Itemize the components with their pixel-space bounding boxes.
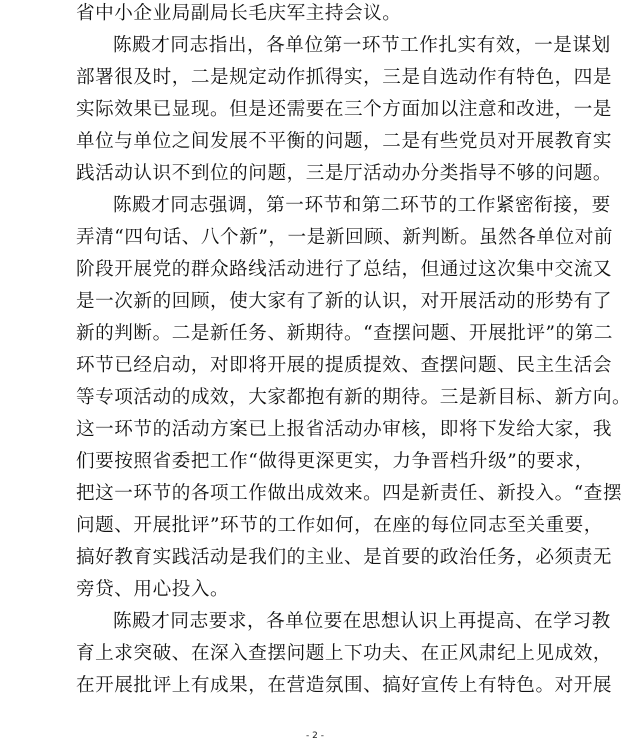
text-line: 省中小企业局副局长毛庆军主持会议。 <box>76 2 401 26</box>
text-line: 旁贷、用心投入。 <box>76 578 229 602</box>
text-line: 陈殿才同志指出，各单位第一环节工作扎实有效，一是谋划 <box>113 34 611 58</box>
text-line: 新的判断。二是新任务、新期待。“查摆问题、开展批评”的第二 <box>76 322 613 346</box>
text-line: 等专项活动的成效，大家都抱有新的期待。三是新目标、新方向。 <box>76 386 630 410</box>
text-line: 问题、开展批评”环节的工作如何，在座的每位同志至关重要， <box>76 514 603 538</box>
text-line: 实际效果已显现。但是还需要在三个方面加以注意和改进，一是 <box>76 98 612 122</box>
text-line: 育上求突破、在深入查摆问题上下功夫、在正风肃纪上见成效， <box>76 642 612 666</box>
text-line: 陈殿才同志要求，各单位要在思想认识上再提高、在学习教 <box>113 610 611 634</box>
text-line: 陈殿才同志强调，第一环节和第二环节的工作紧密衔接，要 <box>113 194 611 218</box>
text-line: 弄清“四句话、八个新”，一是新回顾、新判断。虽然各单位对前 <box>76 226 613 250</box>
text-line: 们要按照省委把工作“做得更深更实，力争晋档升级”的要求， <box>76 450 594 474</box>
text-line: 这一环节的活动方案已上报省活动办审核，即将下发给大家，我 <box>76 418 612 442</box>
text-line: 在开展批评上有成果，在营造氛围、搞好宣传上有特色。对开展 <box>76 674 612 698</box>
text-line: 单位与单位之间发展不平衡的问题，二是有些党员对开展教育实 <box>76 130 612 154</box>
text-line: 部署很及时，二是规定动作抓得实，三是自选动作有特色，四是 <box>76 66 612 90</box>
text-line: 搞好教育实践活动是我们的主业、是首要的政治任务，必须责无 <box>76 546 612 570</box>
text-line: 环节已经启动，对即将开展的提质提效、查摆问题、民主生活会 <box>76 354 612 378</box>
text-line: 把这一环节的各项工作做出成效来。四是新责任、新投入。“查摆 <box>76 482 622 506</box>
text-line: 是一次新的回顾，使大家有了新的认识，对开展活动的形势有了 <box>76 290 612 314</box>
text-line: 阶段开展党的群众路线活动进行了总结，但通过这次集中交流又 <box>76 258 612 282</box>
document-page: 省中小企业局副局长毛庆军主持会议。 陈殿才同志指出，各单位第一环节工作扎实有效，… <box>0 0 630 745</box>
page-number: - 2 - <box>0 731 630 741</box>
text-line: 践活动认识不到位的问题，三是厅活动办分类指导不够的问题。 <box>76 162 612 186</box>
